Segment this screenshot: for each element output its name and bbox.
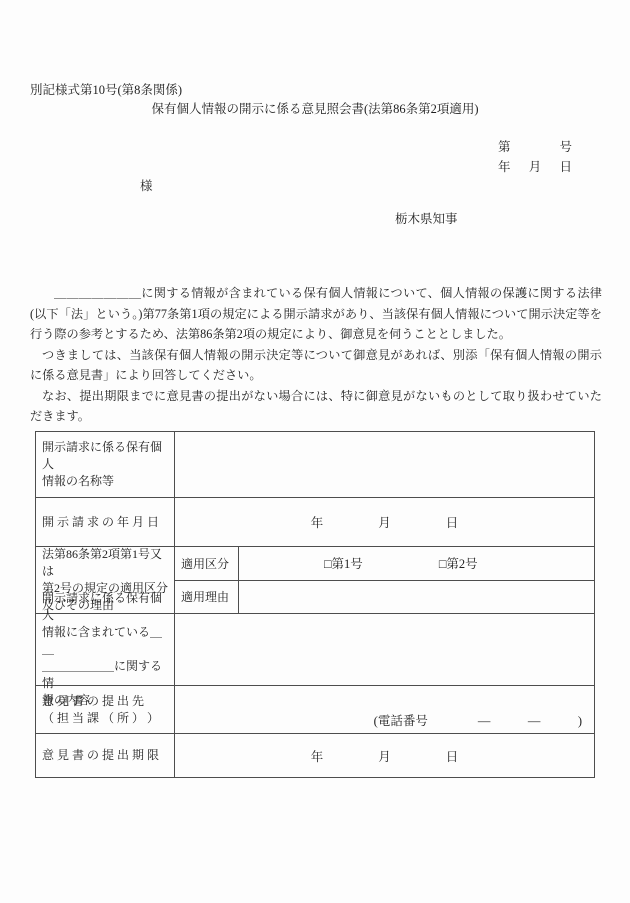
subrow-category: 適用区分 □第1号 □第2号	[175, 547, 594, 580]
date-month-label: 月	[529, 157, 542, 175]
deadline-month-label: 月	[378, 747, 391, 765]
subrow-category-label: 適用区分	[175, 547, 239, 580]
doc-number-prefix: 第	[498, 137, 511, 155]
subrow-reason-label: 適用理由	[175, 581, 239, 614]
phone-number-line: (電話番号 ― ― )	[374, 711, 582, 729]
sender-name: 栃木県知事	[395, 209, 458, 227]
table-row-information-content: 開示請求に係る保有個人 情報に含まれている＿＿ ＿＿＿＿＿＿に関する情 報の内容	[36, 613, 594, 685]
row-label-information-content: 開示請求に係る保有個人 情報に含まれている＿＿ ＿＿＿＿＿＿に関する情 報の内容	[36, 614, 175, 685]
subrow-reason: 適用理由	[175, 580, 594, 614]
row-value-information-name	[175, 432, 594, 497]
form-number: 別記様式第10号(第8条関係)	[30, 80, 182, 98]
date-year-label: 年	[498, 157, 511, 175]
row-value-request-date: 年 月 日	[175, 498, 594, 546]
document-date-line: 年 月 日	[498, 157, 572, 175]
date-day-label: 日	[559, 157, 572, 175]
body-text: ＿＿＿＿＿＿＿に関する情報が含まれている保有個人情報について、個人情報の保護に関…	[30, 283, 602, 427]
row-value-submission-destination: (電話番号 ― ― )	[175, 686, 594, 733]
request-date-month-label: 月	[378, 513, 391, 531]
table-row-request-date: 開 示 請 求 の 年 月 日 年 月 日	[36, 497, 594, 546]
doc-number-suffix: 号	[559, 137, 572, 155]
row-label-submission-destination: 意 見 書 の 提 出 先 （ 担 当 課 （ 所 ） ）	[36, 686, 175, 733]
deadline-day-label: 日	[446, 747, 459, 765]
row-label-submission-deadline: 意 見 書 の 提 出 期 限	[36, 734, 175, 777]
row-value-submission-deadline: 年 月 日	[175, 734, 594, 777]
checkbox-item-1: □第1号	[324, 554, 363, 572]
row-label-information-name: 開示請求に係る保有個人 情報の名称等	[36, 432, 175, 497]
page-title: 保有個人情報の開示に係る意見照会書(法第86条第2項適用)	[0, 99, 630, 117]
body-paragraph-1: ＿＿＿＿＿＿＿に関する情報が含まれている保有個人情報について、個人情報の保護に関…	[30, 283, 602, 345]
table-row-information-name: 開示請求に係る保有個人 情報の名称等	[36, 432, 594, 497]
body-paragraph-2: つきましては、当該保有個人情報の開示決定等について御意見があれば、別添「保有個人…	[30, 345, 602, 386]
subrow-reason-value	[239, 581, 594, 614]
table-row-submission-destination: 意 見 書 の 提 出 先 （ 担 当 課 （ 所 ） ） (電話番号 ― ― …	[36, 685, 594, 733]
document-number-line: 第 号	[498, 137, 572, 155]
table-row-submission-deadline: 意 見 書 の 提 出 期 限 年 月 日	[36, 733, 594, 777]
applicable-provision-subrows: 適用区分 □第1号 □第2号 適用理由	[175, 547, 594, 613]
row-value-information-content	[175, 614, 594, 685]
body-paragraph-3: なお、提出期限までに意見書の提出がない場合には、特に御意見がないものとして取り扱…	[30, 386, 602, 427]
row-label-request-date: 開 示 請 求 の 年 月 日	[36, 498, 175, 546]
request-date-day-label: 日	[446, 513, 459, 531]
document-page: 別記様式第10号(第8条関係) 保有個人情報の開示に係る意見照会書(法第86条第…	[0, 0, 630, 903]
deadline-year-label: 年	[311, 747, 324, 765]
addressee-suffix: 様	[140, 176, 153, 194]
form-table: 開示請求に係る保有個人 情報の名称等 開 示 請 求 の 年 月 日 年 月 日…	[35, 431, 595, 778]
checkbox-item-2: □第2号	[439, 554, 478, 572]
subrow-category-value: □第1号 □第2号	[239, 547, 594, 580]
request-date-year-label: 年	[311, 513, 324, 531]
